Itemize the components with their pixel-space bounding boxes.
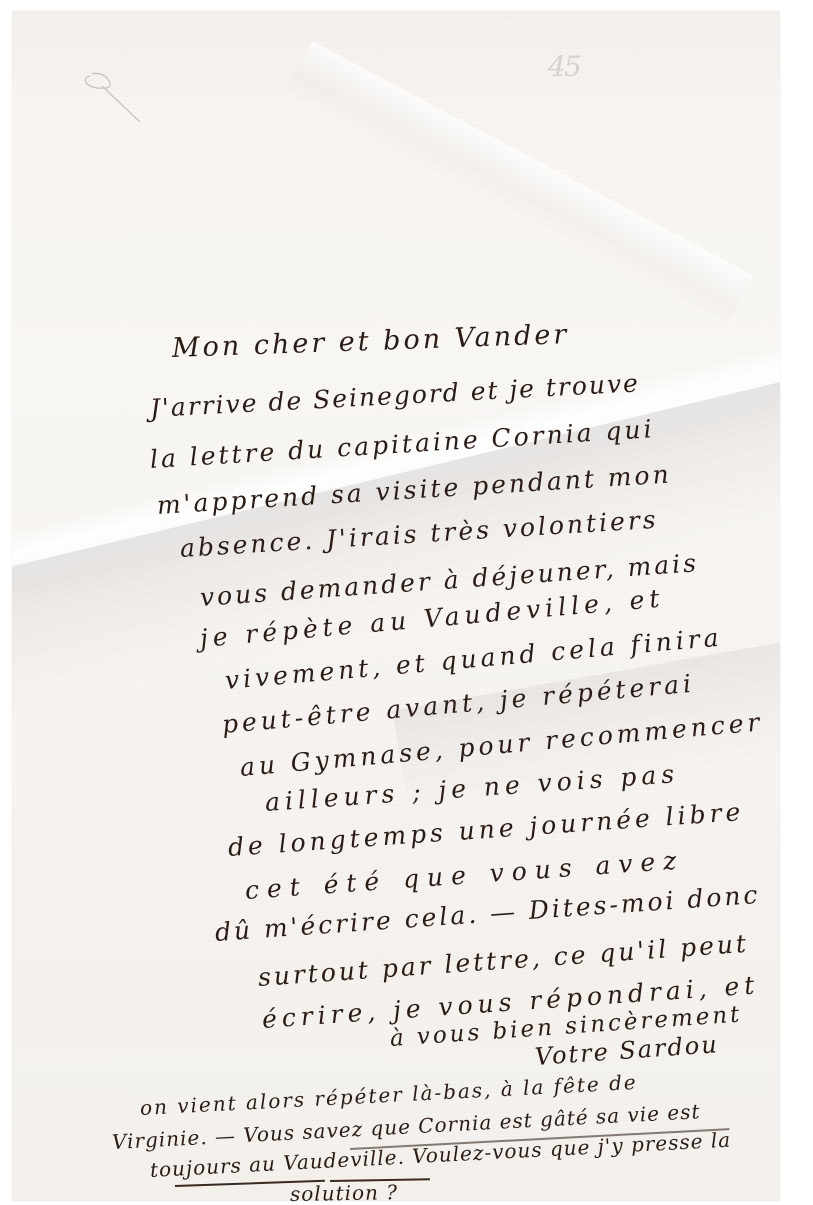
postscript-line: solution ?	[290, 1182, 398, 1204]
fold-crease-top	[284, 41, 754, 329]
scanned-page: 45 Mon cher et bon Vander J'arrive de Se…	[0, 0, 813, 1205]
